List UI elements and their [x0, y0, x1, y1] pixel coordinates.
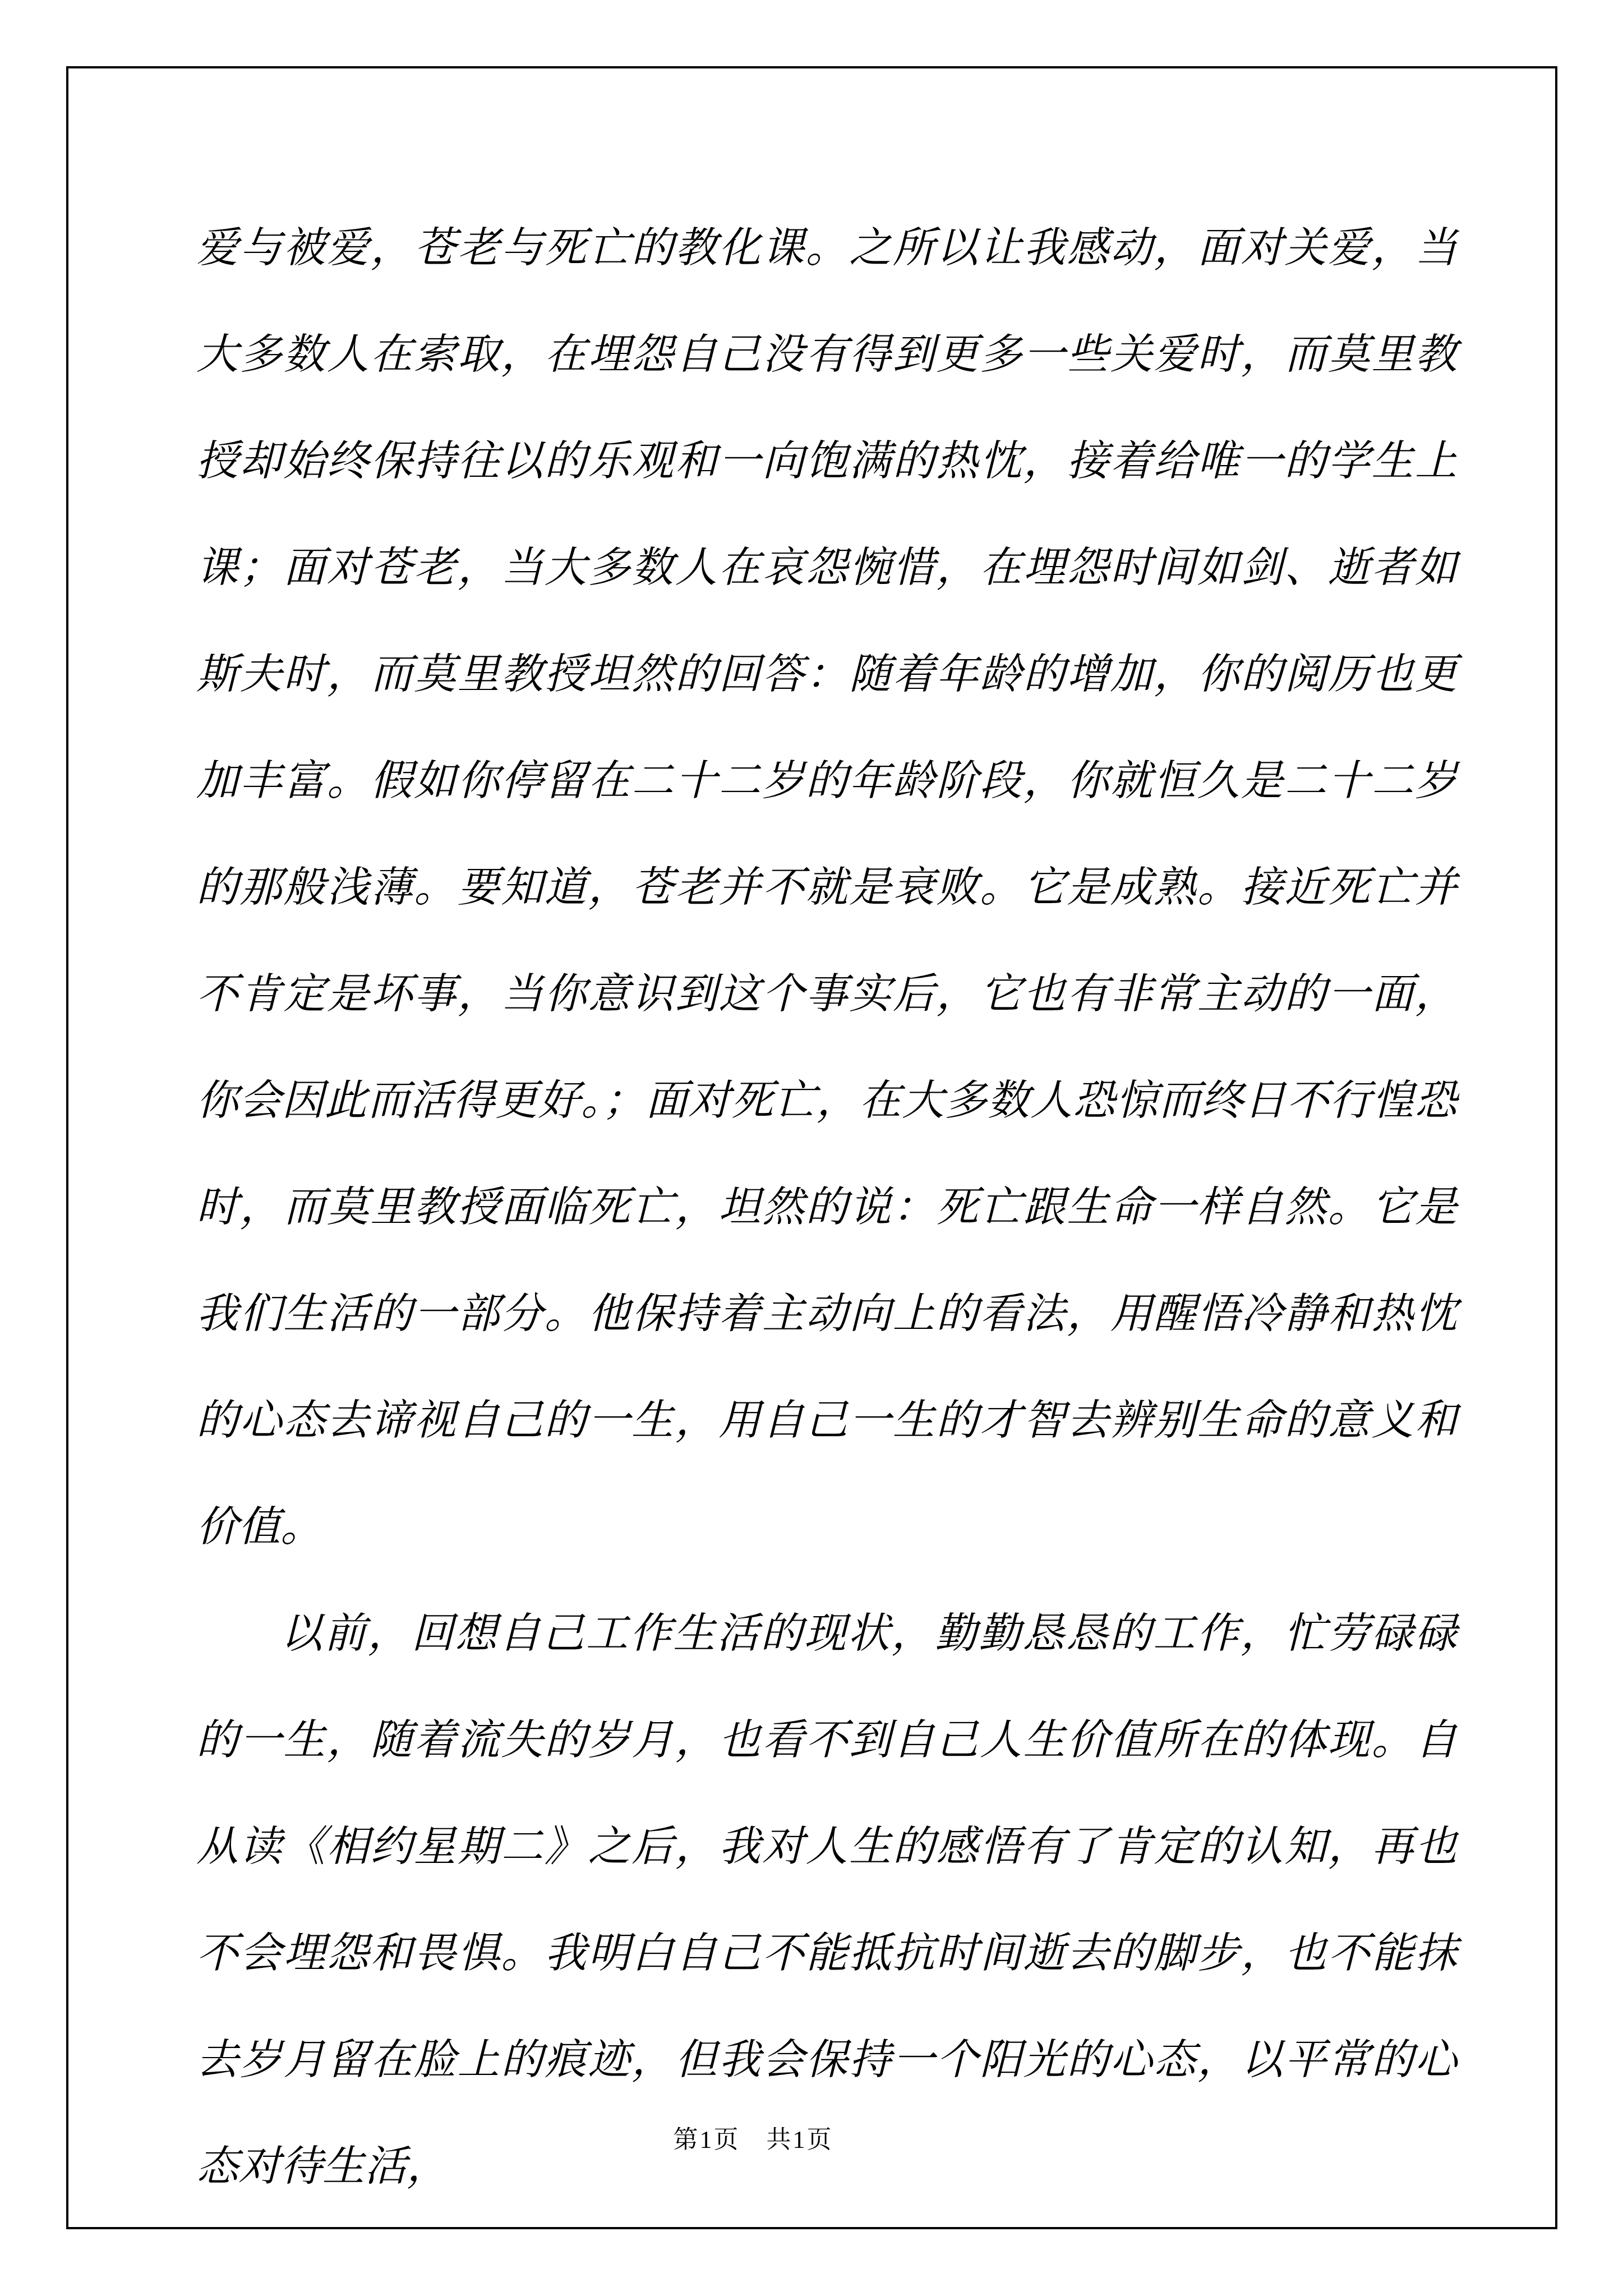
page-number-footer: 第1页 共1页 — [68, 2119, 1438, 2155]
document-body: 爱与被爱，苍老与死亡的教化课。之所以让我感动，面对关爱，当大多数人在索取，在埋怨… — [196, 195, 1457, 2220]
document-page: 爱与被爱，苍老与死亡的教化课。之所以让我感动，面对关爱，当大多数人在索取，在埋怨… — [0, 0, 1623, 2296]
page-border-frame: 爱与被爱，苍老与死亡的教化课。之所以让我感动，面对关爱，当大多数人在索取，在埋怨… — [66, 66, 1557, 2229]
paragraph-continuation: 爱与被爱，苍老与死亡的教化课。之所以让我感动，面对关爱，当大多数人在索取，在埋怨… — [196, 195, 1457, 1581]
